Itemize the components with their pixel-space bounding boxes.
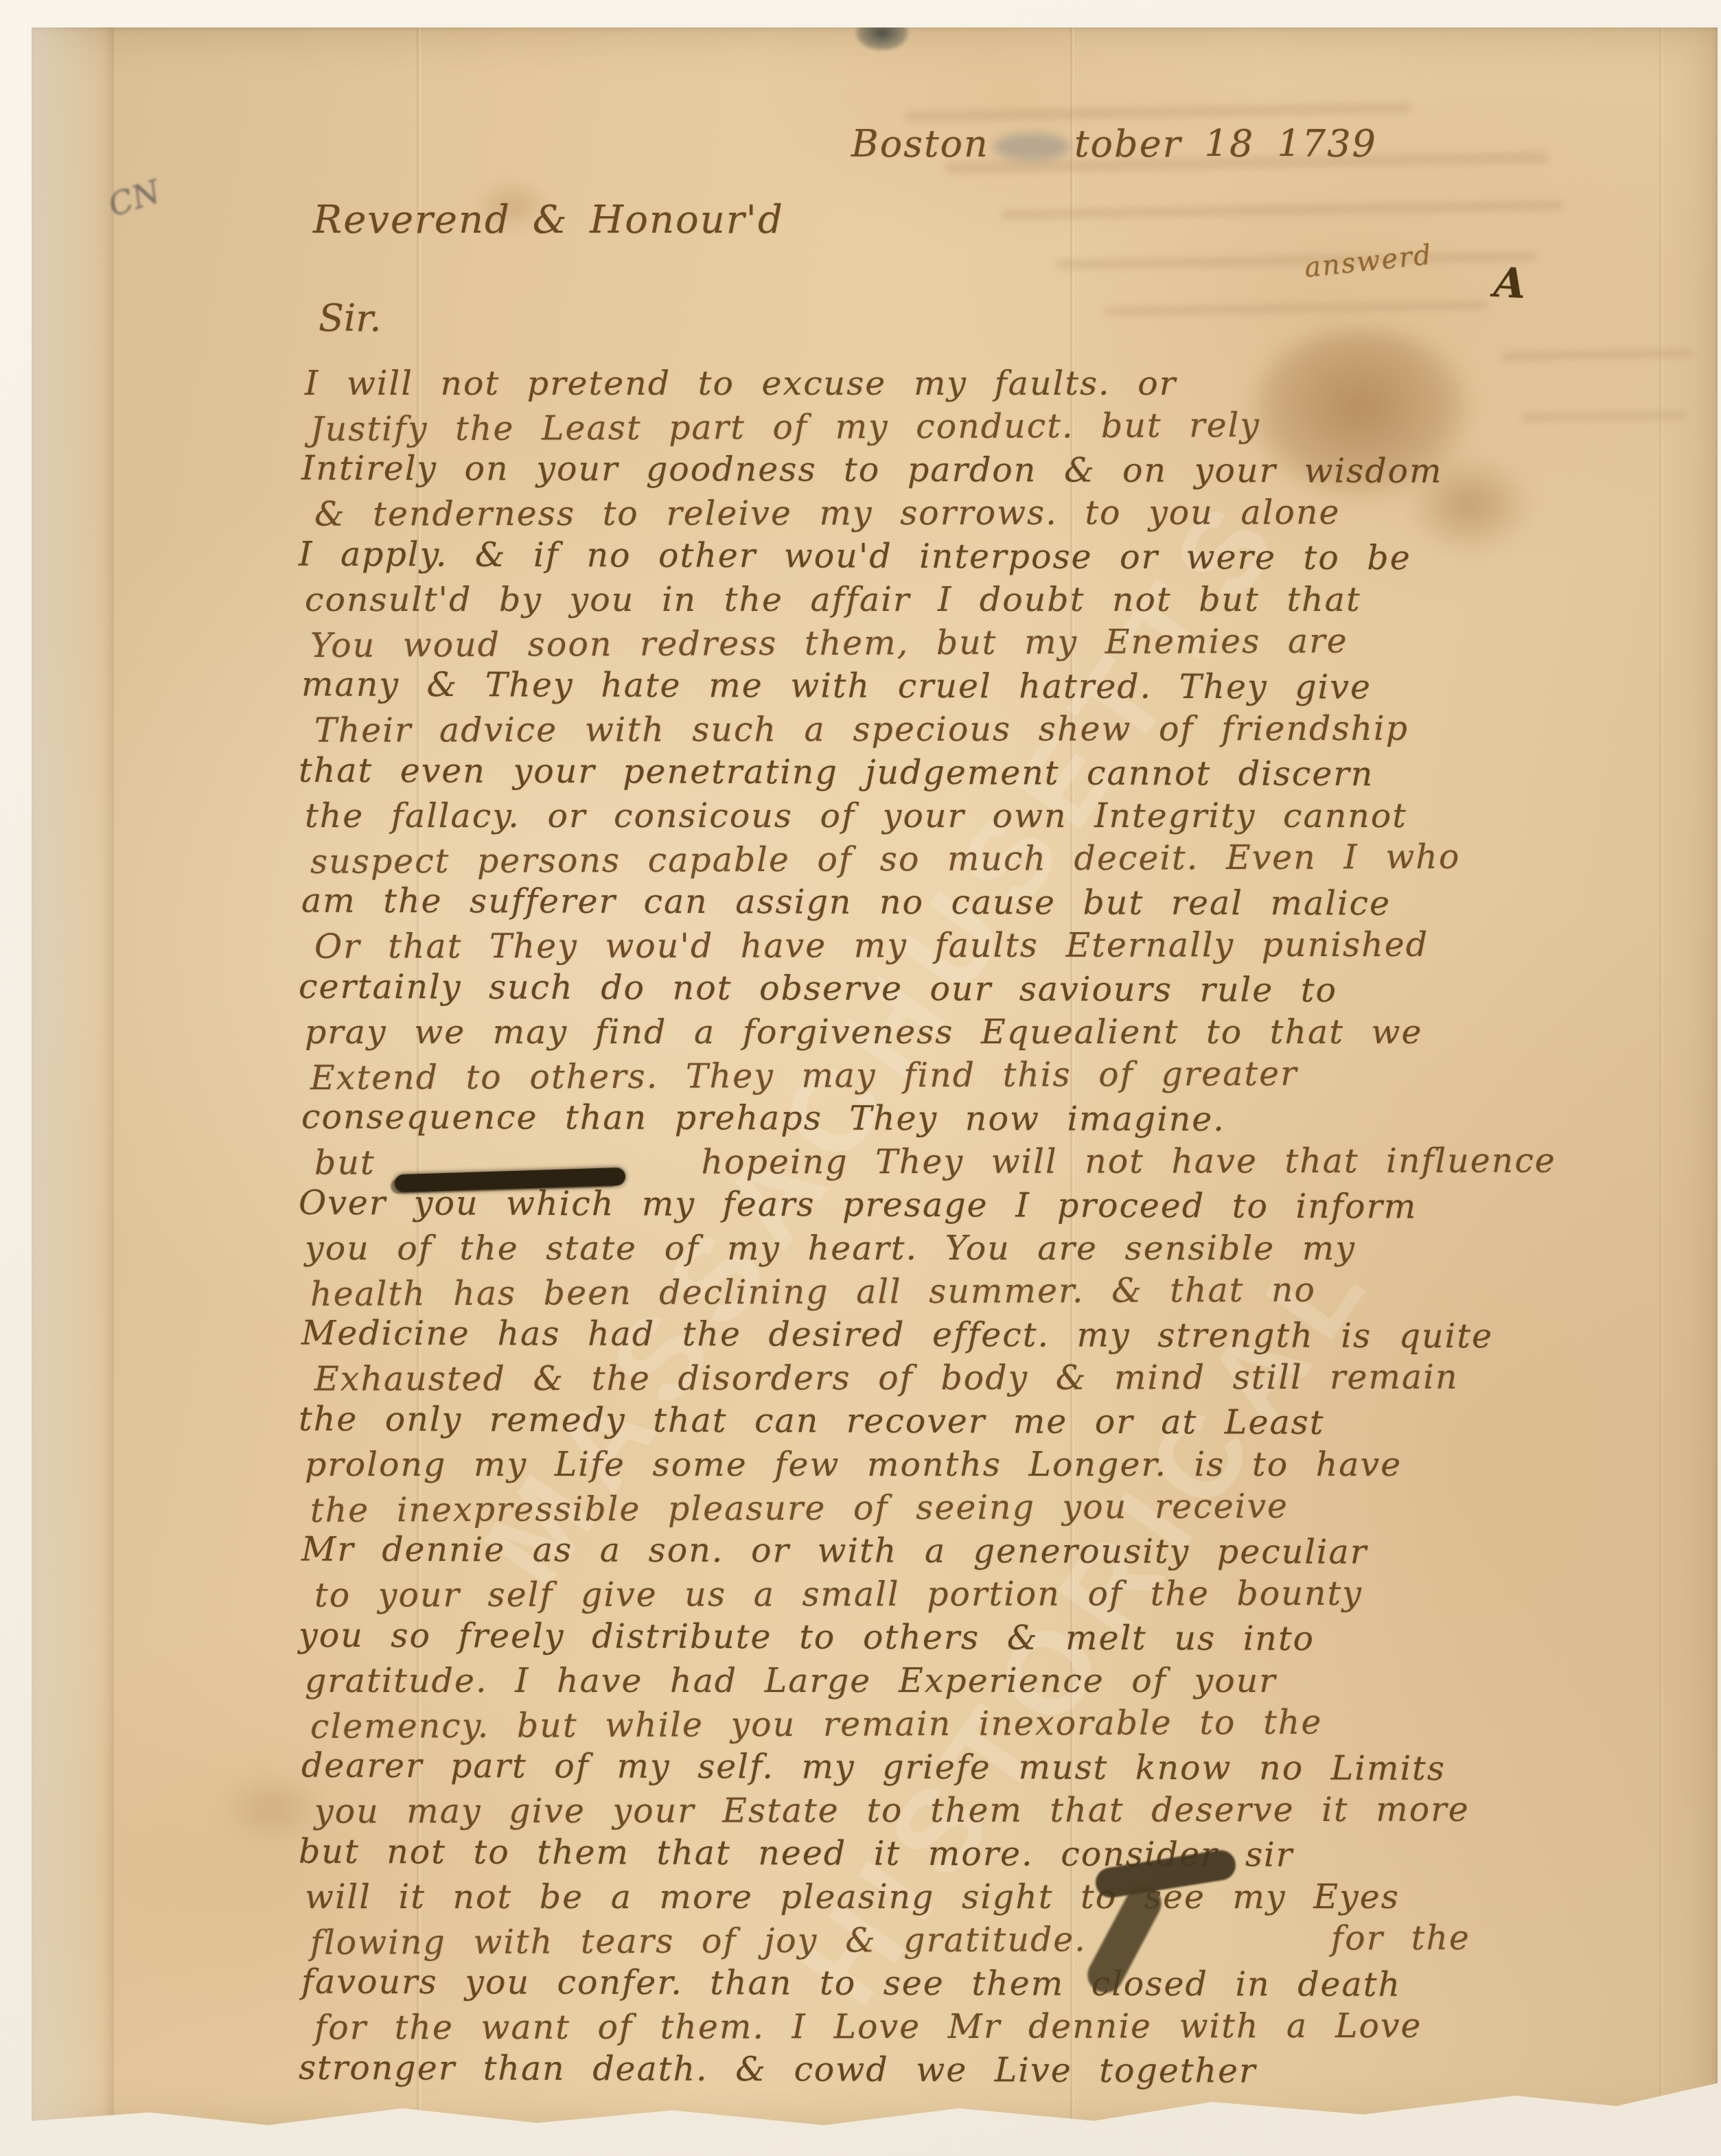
bleed-through-line: [1501, 349, 1693, 362]
dateline-place: Boston: [851, 122, 989, 165]
bleed-through-line: [903, 102, 1411, 123]
handwritten-line: am the sufferer can assign no cause but …: [301, 881, 1543, 928]
dark-mark-top-edge: [855, 27, 909, 51]
file-mark-a: A: [1492, 259, 1527, 308]
handwritten-line: flowing with tears of joy & gratitude. f…: [310, 1918, 1552, 1967]
handwritten-line: you so freely distribute to others & mel…: [299, 1616, 1540, 1663]
handwritten-line: Or that They wou'd have my faults Eterna…: [314, 925, 1556, 970]
handwritten-line: pray we may find a forgiveness Equealien…: [305, 1012, 1547, 1056]
handwritten-line: Justify the Least part of my conduct. bu…: [310, 404, 1552, 453]
handwritten-line: for the want of them. I Love Mr dennie w…: [314, 2006, 1556, 2051]
ink-smudge-icon: [993, 133, 1070, 161]
handwritten-line: You woud soon redress them, but my Enemi…: [310, 621, 1552, 669]
handwritten-line: health has been declining all summer. & …: [310, 1269, 1552, 1318]
salutation-line: Reverend & Honour'd: [313, 198, 784, 242]
dateline: Bostontober 18 1739: [851, 122, 1377, 165]
handwritten-line: favours you confer. than to see them clo…: [301, 1962, 1543, 2009]
handwritten-line: the only remedy that can recover me or a…: [299, 1400, 1540, 1447]
handwritten-line: Mr dennie as a son. or with a generousit…: [301, 1530, 1543, 1577]
handwritten-line: you of the state of my heart. You are se…: [305, 1229, 1547, 1272]
handwritten-line: suspect persons capable of so much decei…: [310, 837, 1552, 885]
handwritten-line: many & They hate me with cruel hatred. T…: [301, 665, 1543, 712]
answered-annotation: answerd: [1303, 239, 1434, 283]
handwritten-line: Exhausted & the disorders of body & mind…: [314, 1357, 1556, 1402]
handwritten-line: gratitude. I have had Large Experience o…: [305, 1661, 1547, 1704]
handwritten-line: you may give your Estate to them that de…: [314, 1789, 1556, 1835]
handwritten-line: consequence than prehaps They now imagin…: [301, 1098, 1543, 1144]
handwritten-line: will it not be a more pleasing sight to …: [305, 1877, 1547, 1921]
handwritten-line: to your self give us a small portion of …: [314, 1573, 1556, 1619]
bleed-through-line: [1104, 300, 1488, 316]
handwritten-line: certainly such do not observe our saviou…: [299, 967, 1540, 1015]
left-fold-edge: [32, 27, 114, 2129]
vertical-fold-crease: [1659, 27, 1664, 2129]
handwritten-line: the inexpressible pleasure of seeing you…: [310, 1485, 1552, 1534]
handwritten-line: prolong my Life some few months Longer. …: [305, 1445, 1547, 1488]
handwritten-line: but not to them that need it more. consi…: [299, 1832, 1540, 1879]
bleed-through-line: [1001, 200, 1564, 220]
handwritten-line: & tenderness to releive my sorrows. to y…: [314, 492, 1556, 537]
dateline-rest: tober 18 1739: [1074, 122, 1377, 165]
handwritten-line: Intirely on your goodness to pardon & on…: [301, 449, 1543, 496]
letter-page: MASSACHUSETTS HISTORICAL Bostontober 18 …: [32, 27, 1718, 2129]
handwritten-line: I will not pretend to excuse my faults. …: [305, 364, 1547, 407]
handwritten-line: Extend to others. They may find this of …: [310, 1053, 1552, 1102]
handwritten-line: Over you which my fears presage I procee…: [299, 1183, 1540, 1231]
scanned-letter-canvas: MASSACHUSETTS HISTORICAL Bostontober 18 …: [0, 0, 1721, 2156]
bleed-through-line: [1056, 251, 1536, 270]
handwritten-line: consult'd by you in the affair I doubt n…: [305, 580, 1547, 623]
salutation-sir: Sir.: [319, 297, 381, 340]
handwritten-line: dearer part of my self. my griefe must k…: [301, 1746, 1543, 1793]
handwritten-line: I apply. & if no other wou'd interpose o…: [299, 535, 1540, 582]
letter-body: I will not pretend to excuse my faults. …: [305, 364, 1547, 2094]
handwritten-line: clemency. but while you remain inexorabl…: [310, 1702, 1552, 1750]
handwritten-line: stronger than death. & cowd we Live toge…: [299, 2048, 1540, 2096]
handwritten-line: Medicine has had the desired effect. my …: [301, 1314, 1543, 1360]
handwritten-line: Their advice with such a specious shew o…: [314, 708, 1556, 754]
handwritten-line: the fallacy. or consicous of your own In…: [305, 796, 1547, 839]
handwritten-line: that even your penetrating judgement can…: [299, 751, 1540, 798]
